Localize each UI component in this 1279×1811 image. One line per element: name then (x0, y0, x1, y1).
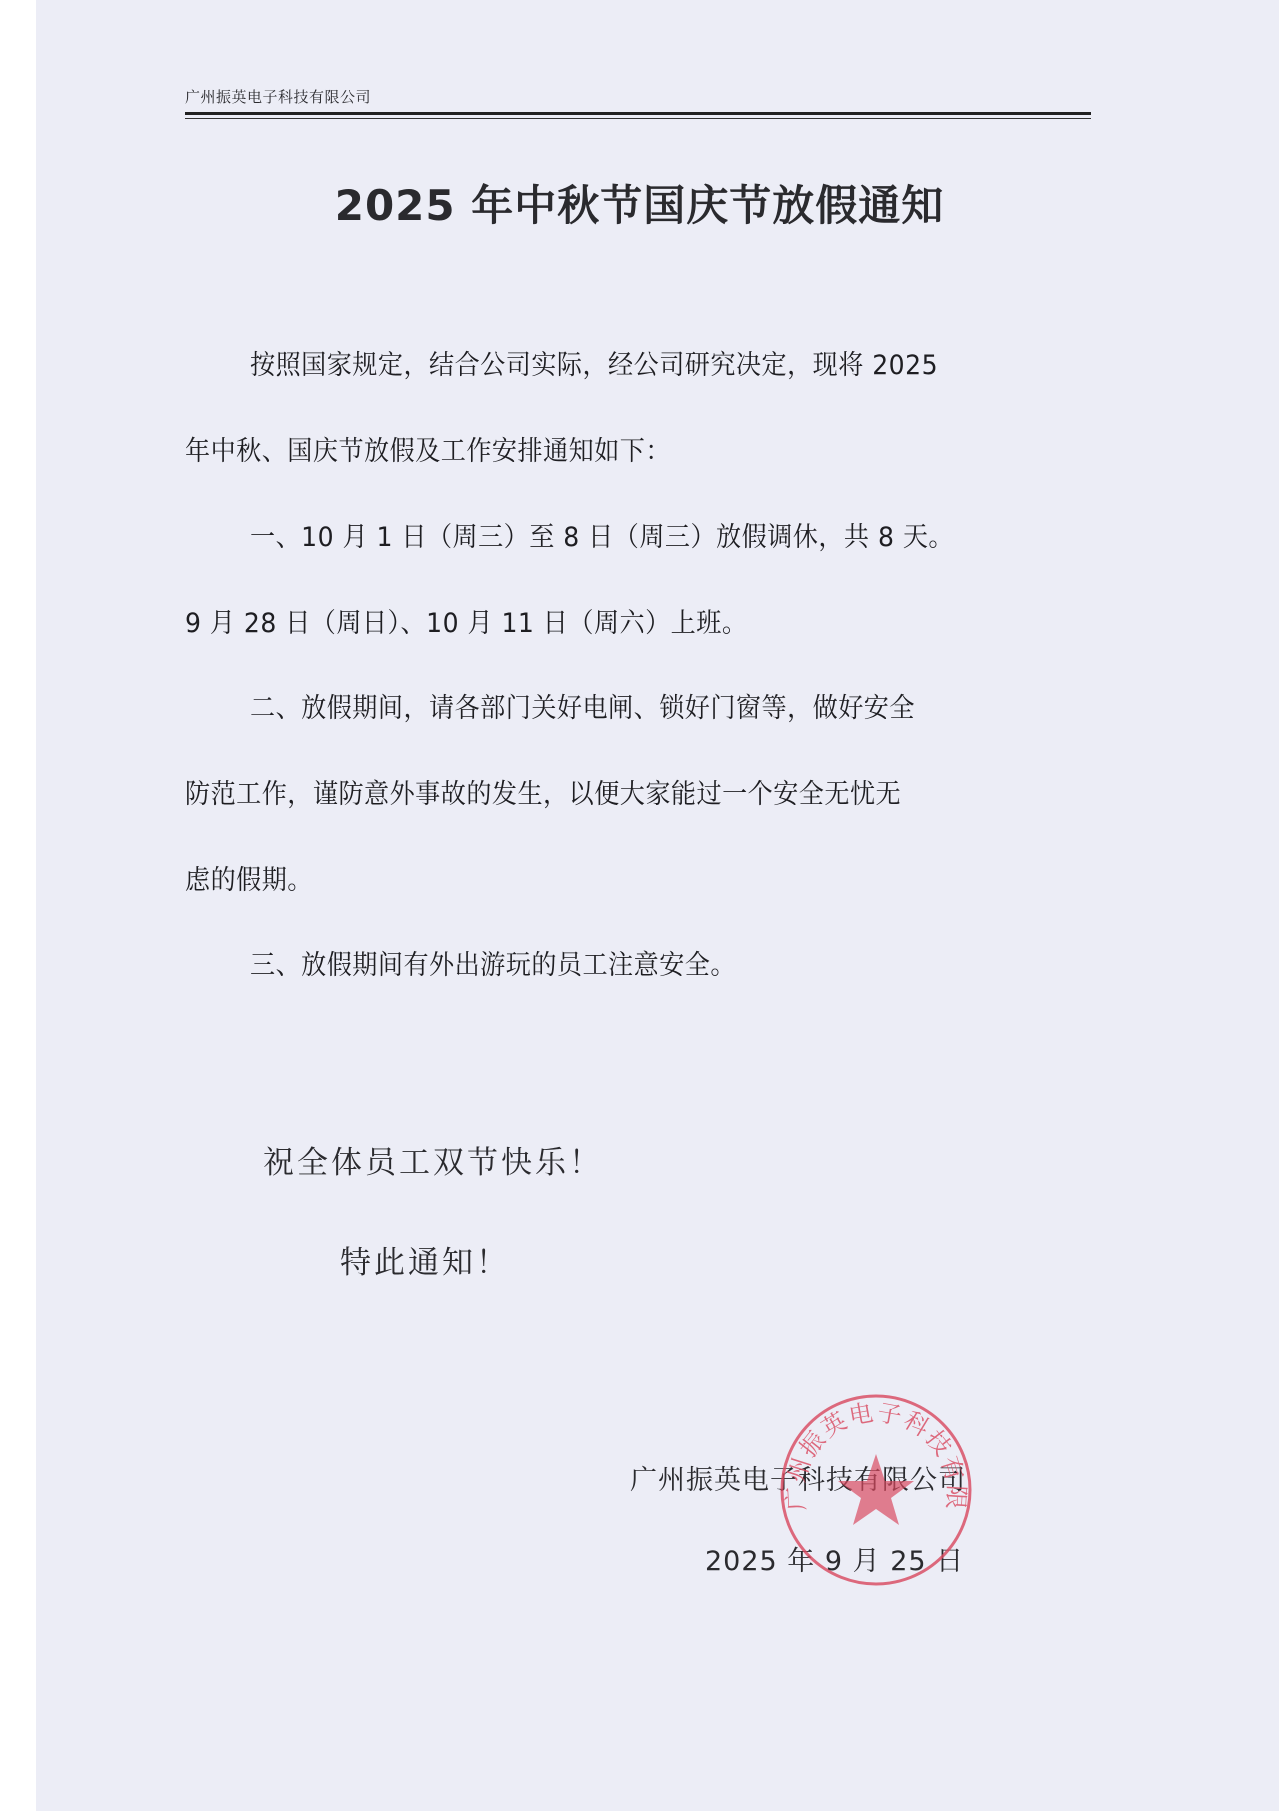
seal-graphic: 广州振英电子科技有限公司 (778, 1392, 974, 1588)
intro-line-1: 按照国家规定，结合公司实际，经公司研究决定，现将 2025 (250, 343, 938, 382)
intro-line-2: 年中秋、国庆节放假及工作安排通知如下： (185, 429, 671, 468)
item-2-line-3: 虑的假期。 (185, 858, 313, 897)
item-3-line-1: 三、放假期间有外出游玩的员工注意安全。 (250, 943, 736, 982)
item-2-line-2: 防范工作，谨防意外事故的发生，以便大家能过一个安全无忧无 (185, 772, 901, 811)
item-2-line-1: 二、放假期间，请各部门关好电闸、锁好门窗等，做好安全 (250, 686, 915, 725)
closing-greeting: 祝全体员工双节快乐！ (263, 1137, 603, 1182)
document-title: 2025 年中秋节国庆节放假通知 (0, 173, 1279, 233)
company-seal: 广州振英电子科技有限公司 (778, 1392, 974, 1588)
paper-page (36, 0, 1279, 1811)
star-icon (838, 1454, 914, 1525)
letterhead-company: 广州振英电子科技有限公司 (185, 86, 371, 107)
letterhead-rule-thin (185, 118, 1091, 119)
letterhead-rule-thick (185, 112, 1091, 115)
item-1-line-1: 一、10 月 1 日（周三）至 8 日（周三）放假调休，共 8 天。 (250, 515, 954, 554)
closing-notice: 特此通知！ (340, 1237, 510, 1282)
item-1-line-2: 9 月 28 日（周日）、10 月 11 日（周六）上班。 (185, 601, 747, 640)
